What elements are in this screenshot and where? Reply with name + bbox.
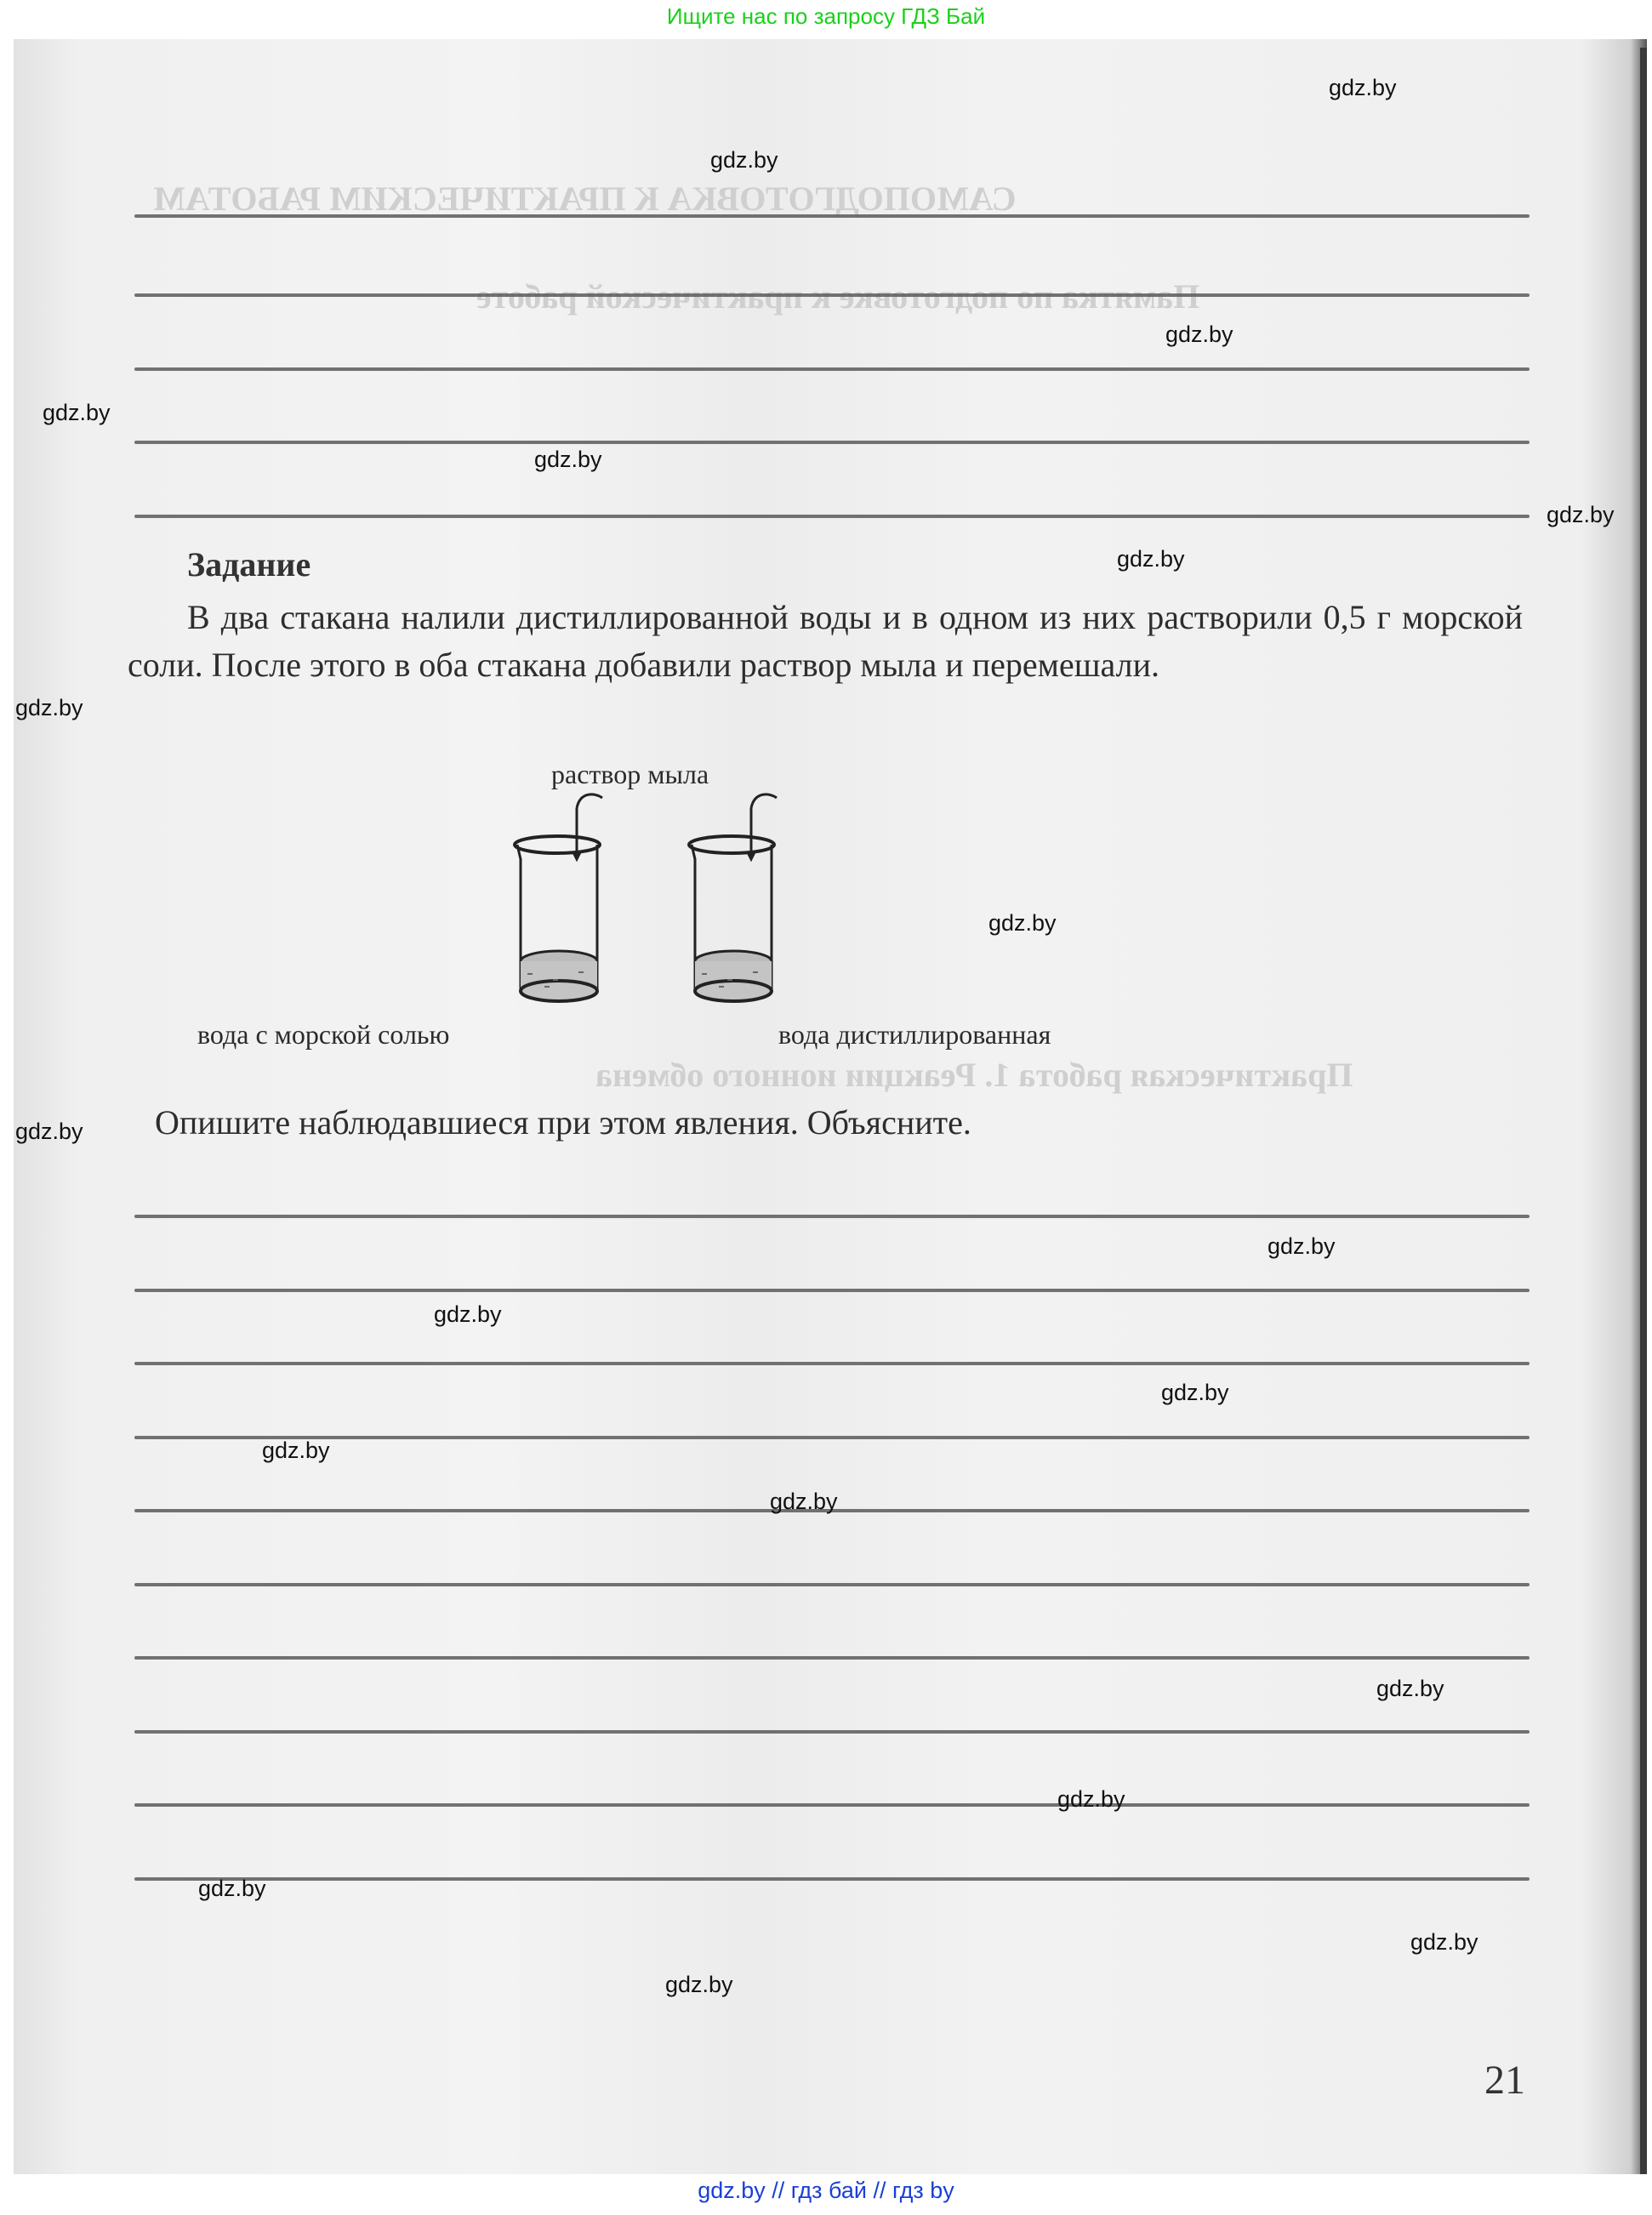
answer-line[interactable]	[134, 515, 1530, 518]
watermark: gdz.by	[15, 695, 83, 721]
book-spine-edge	[1640, 48, 1647, 2174]
task-question: Опишите наблюдавшиеся при этом явления. …	[155, 1102, 971, 1142]
beakers-illustration	[502, 791, 808, 1004]
watermark: gdz.by	[198, 1876, 266, 1902]
search-banner: Ищите нас по запросу ГДЗ Бай	[0, 3, 1652, 30]
watermark: gdz.by	[43, 400, 111, 426]
watermark: gdz.by	[665, 1972, 733, 1998]
watermark: gdz.by	[988, 910, 1057, 937]
answer-line[interactable]	[134, 1583, 1530, 1586]
answer-line[interactable]	[134, 1877, 1530, 1881]
answer-line[interactable]	[134, 1215, 1530, 1218]
watermark: gdz.by	[1165, 322, 1233, 348]
answer-line[interactable]	[134, 441, 1530, 444]
bleed-through-work: Практическая работа 1. Реакции ионного о…	[595, 1055, 1353, 1095]
answer-line[interactable]	[134, 1436, 1530, 1439]
answer-line[interactable]	[134, 1362, 1530, 1365]
page-number: 21	[1484, 2057, 1525, 2104]
task-text: В два стакана налили дистиллированной во…	[128, 594, 1523, 689]
answer-line[interactable]	[134, 214, 1530, 218]
watermark: gdz.by	[534, 447, 602, 473]
answer-line[interactable]	[134, 1803, 1530, 1807]
footer-links: gdz.by // гдз бай // гдз by	[0, 2178, 1652, 2204]
right-beaker-label: вода дистиллированная	[778, 1019, 1051, 1051]
watermark: gdz.by	[710, 147, 778, 174]
watermark: gdz.by	[1161, 1380, 1229, 1406]
left-beaker	[515, 794, 602, 1001]
watermark: gdz.by	[1547, 502, 1615, 528]
answer-line[interactable]	[134, 1656, 1530, 1660]
bleed-through-title: САМОПОДГОТОВКА К ПРАКТИЧЕСКИМ РАБОТАМ	[153, 179, 1017, 219]
task-heading: Задание	[187, 544, 310, 584]
watermark: gdz.by	[1267, 1233, 1336, 1260]
left-beaker-label: вода с морской солью	[197, 1019, 449, 1051]
answer-line[interactable]	[134, 1289, 1530, 1292]
soap-solution-label: раствор мыла	[551, 759, 709, 790]
watermark: gdz.by	[1117, 546, 1185, 572]
answer-line[interactable]	[134, 293, 1530, 297]
watermark: gdz.by	[1057, 1786, 1125, 1813]
watermark: gdz.by	[1410, 1929, 1478, 1956]
watermark: gdz.by	[15, 1119, 83, 1145]
watermark: gdz.by	[1329, 75, 1397, 101]
answer-line[interactable]	[134, 367, 1530, 371]
watermark: gdz.by	[770, 1489, 838, 1515]
watermark: gdz.by	[262, 1438, 330, 1464]
right-beaker	[689, 794, 777, 1001]
watermark: gdz.by	[434, 1301, 502, 1328]
answer-line[interactable]	[134, 1730, 1530, 1734]
watermark: gdz.by	[1376, 1676, 1444, 1702]
